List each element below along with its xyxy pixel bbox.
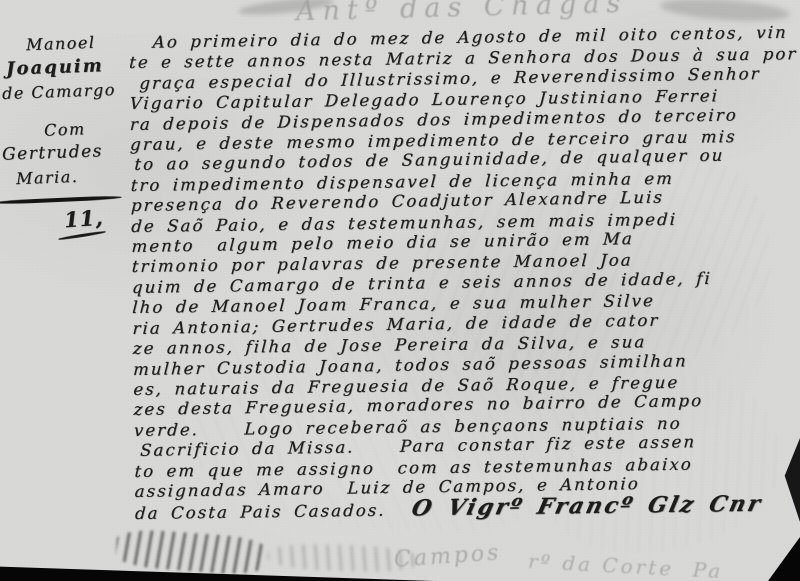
top-pencil-smudge bbox=[659, 0, 790, 25]
body-line: da Costa Pais Casados. bbox=[134, 501, 386, 525]
record-body-text: Ao primeiro dia do mez de Agosto de mil … bbox=[128, 24, 800, 524]
margin-name-line: Com bbox=[44, 119, 86, 139]
bottom-pencil-annotation: Campos bbox=[393, 540, 502, 572]
margin-divider-flourish bbox=[0, 195, 122, 204]
vicar-signature: O Vigrº Francº Glz Cnr bbox=[409, 494, 764, 519]
margin-name-line: Joaquim bbox=[6, 55, 104, 79]
record-number: 11, bbox=[63, 205, 104, 233]
margin-name-line: Maria. bbox=[16, 167, 79, 188]
margin-names-block: Manoel Joaquim de Camargo Com Gertrudes … bbox=[0, 30, 130, 290]
margin-name-line: Manoel bbox=[26, 33, 96, 54]
scan-edge-bottom-right bbox=[768, 537, 800, 581]
document-page: Antº das Chagas Manoel Joaquim de Camarg… bbox=[0, 0, 800, 581]
pencil-header-annotation: Antº das Chagas bbox=[296, 0, 628, 27]
bottom-bleedthrough-marks bbox=[115, 528, 267, 576]
margin-name-line: Gertrudes bbox=[2, 141, 103, 165]
bottom-pencil-annotation: rº da Corte Pa bbox=[528, 549, 724, 581]
margin-name-line: de Camargo bbox=[2, 80, 116, 103]
scan-edge-bottom-left bbox=[0, 565, 434, 581]
